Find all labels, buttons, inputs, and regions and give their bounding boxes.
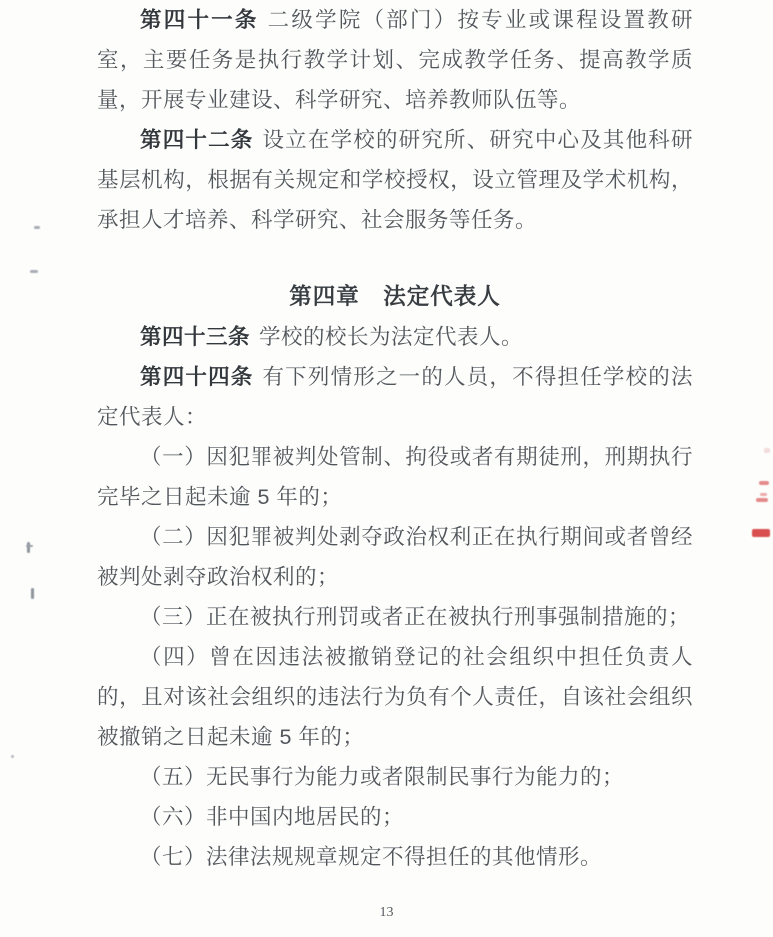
article-44-number: 第四十四条 <box>140 365 253 389</box>
document-page: 第四十一条二级学院（部门）按专业或课程设置教研室，主要任务是执行教学计划、完成教… <box>0 0 773 937</box>
clause-6: （六）非中国内地居民的； <box>97 797 693 837</box>
article-43-paragraph: 第四十三条学校的校长为法定代表人。 <box>97 317 693 357</box>
clause-2: （二）因犯罪被判处剥夺政治权利正在执行期间或者曾经被判处剥夺政治权利的； <box>97 517 693 597</box>
scan-artifact-left-3b <box>26 545 33 547</box>
page-number: 13 <box>0 905 773 921</box>
scan-artifact-left-3 <box>27 542 30 553</box>
red-pen-mark-2 <box>760 493 767 496</box>
article-42-paragraph: 第四十二条设立在学校的研究所、研究中心及其他科研基层机构，根据有关规定和学校授权… <box>97 120 693 240</box>
clause-1: （一）因犯罪被判处管制、拘役或者有期徒刑，刑期执行完毕之日起未逾 5 年的； <box>97 437 693 517</box>
clause-7: （七）法律法规规章规定不得担任的其他情形。 <box>97 837 693 877</box>
scan-artifact-pink-dot <box>764 448 770 453</box>
article-44-paragraph: 第四十四条有下列情形之一的人员，不得担任学校的法定代表人： <box>97 357 693 437</box>
document-body: 第四十一条二级学院（部门）按专业或课程设置教研室，主要任务是执行教学计划、完成教… <box>97 0 693 877</box>
red-pen-mark-3 <box>756 498 768 502</box>
clause-4: （四）曾在因违法被撤销登记的社会组织中担任负责人的，且对该社会组织的违法行为负有… <box>97 637 693 757</box>
scan-artifact-left-2 <box>30 270 38 273</box>
article-41-paragraph: 第四十一条二级学院（部门）按专业或课程设置教研室，主要任务是执行教学计划、完成教… <box>97 0 693 120</box>
scan-artifact-left-4 <box>31 588 34 599</box>
scan-artifact-left-5 <box>11 755 14 758</box>
article-41-number: 第四十一条 <box>140 8 259 32</box>
scan-artifact-left-1 <box>34 226 40 229</box>
article-43-number: 第四十三条 <box>140 325 250 349</box>
red-pen-mark-4 <box>752 529 770 537</box>
article-42-number: 第四十二条 <box>140 128 253 152</box>
article-43-text: 学校的校长为法定代表人。 <box>259 325 523 349</box>
clause-3: （三）正在被执行刑罚或者正在被执行刑事强制措施的； <box>97 597 693 637</box>
clause-5: （五）无民事行为能力或者限制民事行为能力的； <box>97 757 693 797</box>
red-pen-mark-1 <box>759 481 769 485</box>
chapter-heading: 第四章 法定代表人 <box>97 277 693 317</box>
